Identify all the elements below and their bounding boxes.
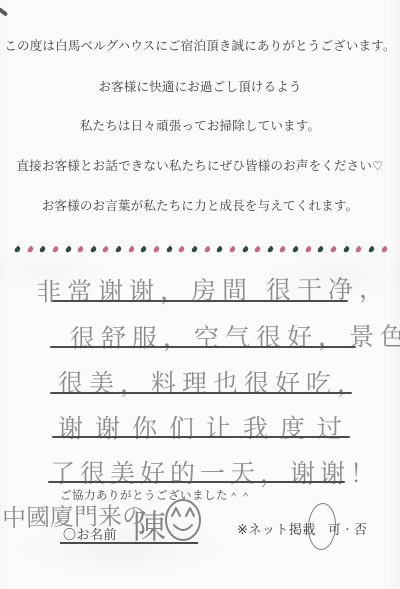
ruled-line-3 [50, 392, 352, 394]
teardrop-icon [64, 246, 72, 254]
ruled-line-2 [50, 346, 356, 348]
teardrop-icon [292, 246, 300, 254]
guest-feedback-card: この度は白馬ベルグハウスにご宿泊頂き誠にありがとうございます。 お客様に快適にお… [0, 0, 400, 589]
teardrop-icon [355, 246, 363, 254]
ruled-line-4 [52, 436, 350, 438]
handwritten-line-4: 谢谢你们让我度过 [58, 409, 354, 445]
intro-line-3: 私たちは日々頑張ってお掃除しています。 [0, 116, 400, 134]
teardrop-icon [216, 246, 224, 254]
teardrop-icon [342, 246, 350, 254]
teardrop-icon [178, 246, 186, 254]
teardrop-icon [191, 246, 199, 254]
net-option-separator: ・ [342, 521, 353, 536]
teardrop-icon [254, 246, 262, 254]
intro-line-5: お客様のお言葉が私たちに力と成長を与えてくれます。 [0, 196, 400, 214]
teardrop-icon [153, 246, 161, 254]
teardrop-icon [127, 246, 135, 254]
teardrop-icon [279, 246, 287, 254]
net-publication-label: ※ネット掲載 [237, 519, 316, 538]
teardrop-icon [165, 246, 173, 254]
teardrop-icon [39, 246, 47, 254]
teardrop-icon [77, 246, 85, 254]
teardrop-divider [15, 240, 387, 252]
teardrop-icon [14, 246, 22, 254]
teardrop-icon [317, 246, 325, 254]
net-option-no: 否 [354, 519, 368, 538]
teardrop-icon [89, 246, 97, 254]
teardrop-icon [102, 246, 110, 254]
smiley-face-icon [162, 494, 204, 544]
teardrop-icon [380, 246, 388, 254]
teardrop-icon [140, 246, 148, 254]
scan-artifact [0, 7, 8, 16]
handwritten-line-5: 了很美好的一天，谢谢！ [50, 454, 380, 490]
teardrop-icon [304, 246, 312, 254]
handwritten-line-3: 很美，料理也很好吃， [58, 364, 368, 400]
handwritten-line-2: 很舒服，空气很好，景色 [70, 317, 400, 355]
name-field-label: 〇お名前 [63, 524, 117, 543]
teardrop-icon [266, 246, 274, 254]
intro-line-2: お客様に快適にお過ごし頂けるよう [0, 77, 400, 95]
handwritten-line-1: 非常谢谢，房間 很干净， [36, 269, 390, 308]
teardrop-icon [229, 246, 237, 254]
teardrop-icon [115, 246, 123, 254]
teardrop-icon [26, 246, 34, 254]
teardrop-icon [368, 246, 376, 254]
teardrop-icon [203, 246, 211, 254]
handwritten-circle-around-yes [307, 502, 337, 550]
intro-line-1: この度は白馬ベルグハウスにご宿泊頂き誠にありがとうございます。 [0, 36, 400, 54]
intro-line-4: 直接お客様とお話できない私たちにぜひ皆様のお声をください♡ [0, 156, 400, 174]
ruled-line-5 [48, 481, 345, 483]
net-publication-row: ※ネット掲載 可 ・ 否 [237, 519, 367, 538]
ruled-line-1 [52, 300, 348, 302]
teardrop-icon [330, 246, 338, 254]
teardrop-icon [241, 246, 249, 254]
teardrop-icon [52, 246, 60, 254]
